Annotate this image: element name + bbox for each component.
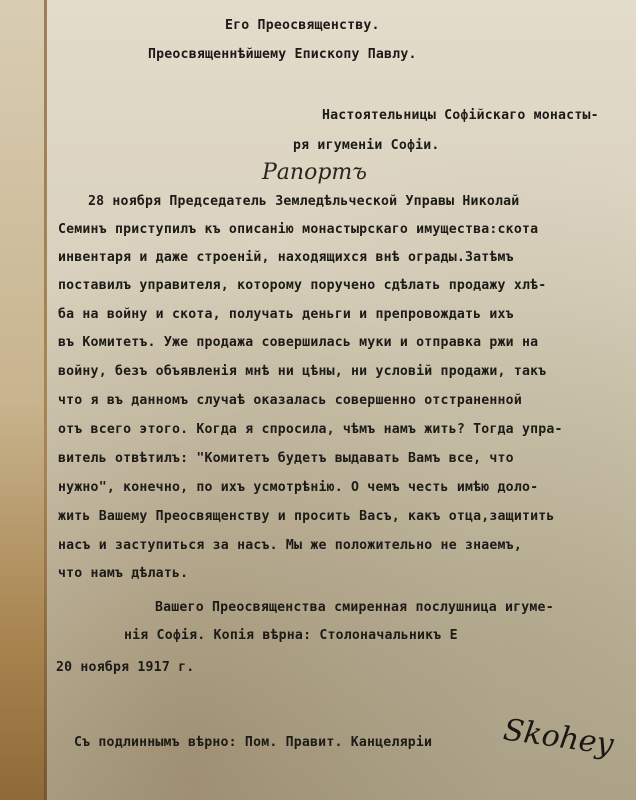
closing-line-2: нія Софія. Копія вѣрна: Столоначальникъ …	[124, 628, 458, 643]
sender-line-2: ря игуменіи Софіи.	[293, 138, 440, 153]
closing-line-1: Вашего Преосвященства смиренная послушни…	[155, 600, 554, 615]
body-line: нужно", конечно, по ихъ усмотрѣнію. О че…	[58, 480, 538, 495]
handwritten-signature: Skohey	[501, 712, 616, 762]
body-line: отъ всего этого. Когда я спросила, чѣмъ …	[58, 422, 563, 437]
addressee-line-1: Его Преосвященству.	[225, 18, 380, 33]
body-line: 28 ноября Председатель Земледѣльческой У…	[88, 194, 519, 209]
body-line: что намъ дѣлать.	[58, 566, 188, 581]
body-line: поставилъ управителя, которому поручено …	[58, 278, 546, 293]
certification-line: Съ подлиннымъ вѣрно: Пом. Правит. Канцел…	[74, 735, 432, 750]
paper-fold-line	[44, 0, 47, 800]
body-line: что я въ данномъ случаѣ оказалась соверш…	[58, 393, 522, 408]
body-line: войну, безъ объявленія мнѣ ни цѣны, ни у…	[58, 364, 546, 379]
body-line: инвентаря и даже строеній, находящихся в…	[58, 250, 514, 265]
sender-line-1: Настоятельницы Софійскаго монасты-	[322, 108, 599, 123]
document-date: 20 ноября 1917 г.	[56, 660, 194, 675]
body-line: жить Вашему Преосвященству и просить Вас…	[58, 509, 555, 524]
addressee-line-2: Преосвященнѣйшему Епископу Павлу.	[148, 47, 417, 62]
body-line: витель отвѣтилъ: "Комитетъ будетъ выдава…	[58, 451, 514, 466]
body-line: въ Комитетъ. Уже продажа совершилась мук…	[58, 335, 538, 350]
handwritten-title: Рапортъ	[262, 160, 367, 185]
body-line: насъ и заступиться за насъ. Мы же положи…	[58, 538, 522, 553]
body-line: ба на войну и скота, получать деньги и п…	[58, 307, 514, 322]
page-left-margin	[0, 0, 46, 800]
body-line: Семинъ приступилъ къ описанію монастырск…	[58, 222, 538, 237]
